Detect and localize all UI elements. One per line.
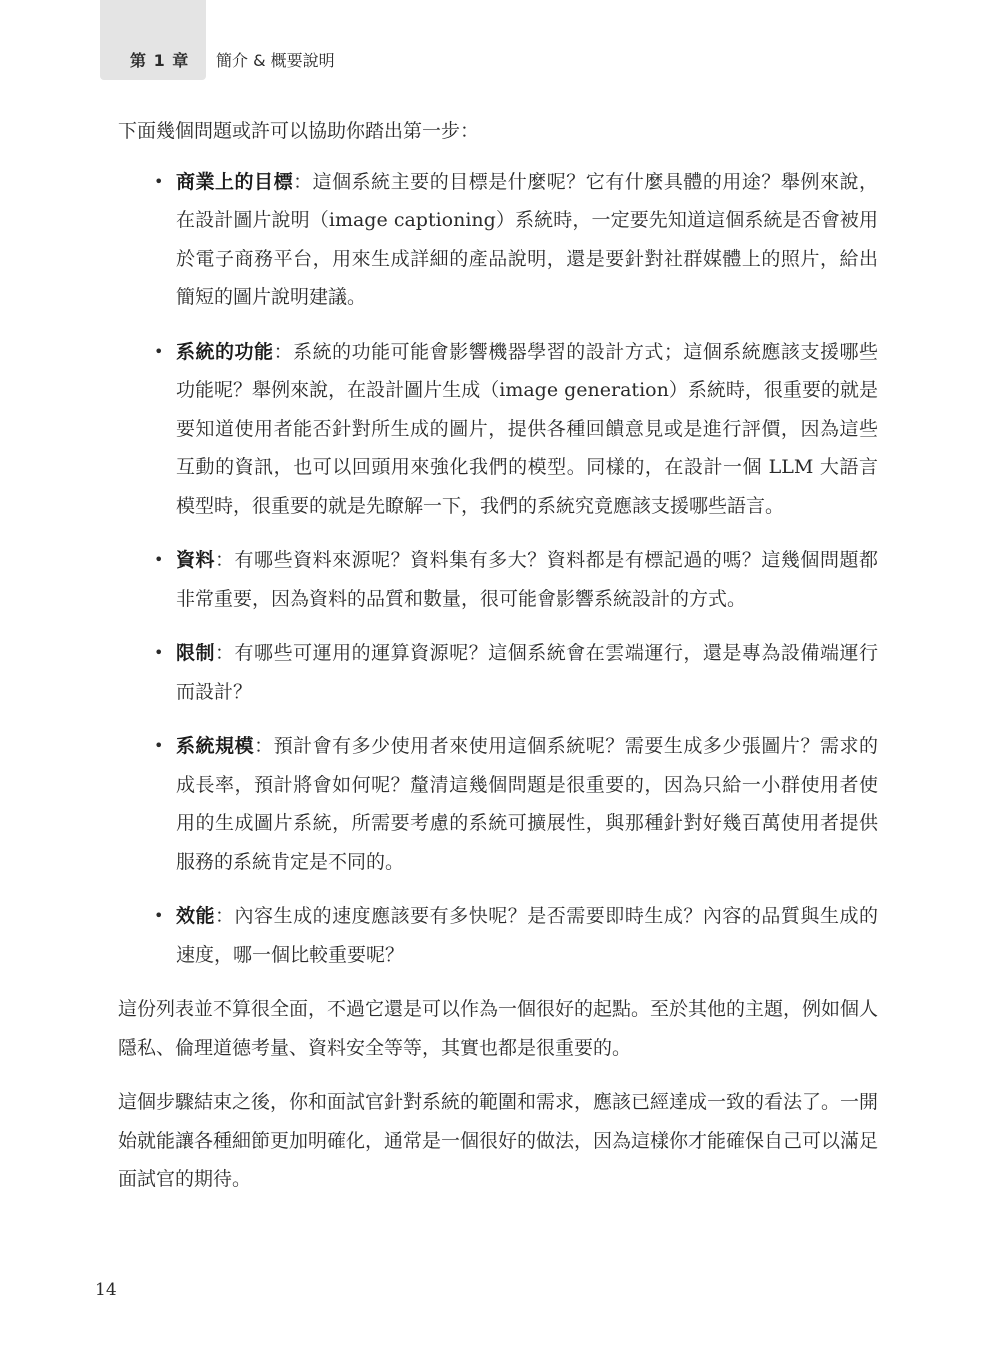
list-item-text: ：有哪些可運用的運算資源呢？這個系統會在雲端運行，還是專為設備端運行而設計？ xyxy=(176,642,878,703)
bullet-icon: • xyxy=(154,333,163,372)
list-item-text: ：預計會有多少使用者來使用這個系統呢？需要生成多少張圖片？需求的成長率，預計將會… xyxy=(176,735,878,873)
list-item-term: 限制 xyxy=(176,642,215,664)
body-paragraph: 這個步驟結束之後，你和面試官針對系統的範圍和需求，應該已經達成一致的看法了。一開… xyxy=(118,1083,878,1199)
list-item-text: ：有哪些資料來源呢？資料集有多大？資料都是有標記過的嗎？這幾個問題都非常重要，因… xyxy=(176,549,878,610)
chapter-label: 第 1 章 xyxy=(130,48,189,71)
list-item-text: ：系統的功能可能會影響機器學習的設計方式；這個系統應該支援哪些功能呢？舉例來說，… xyxy=(176,341,878,517)
page-number: 14 xyxy=(95,1280,117,1300)
page-body: 下面幾個問題或許可以協助你踏出第一步： • 商業上的目標：這個系統主要的目標是什… xyxy=(118,112,878,1215)
list-item-performance: • 效能：內容生成的速度應該要有多快呢？是否需要即時生成？內容的品質與生成的速度… xyxy=(118,897,878,974)
list-item-system-features: • 系統的功能：系統的功能可能會影響機器學習的設計方式；這個系統應該支援哪些功能… xyxy=(118,333,878,526)
list-item-term: 資料 xyxy=(176,549,215,571)
list-item-term: 系統的功能 xyxy=(176,341,274,363)
list-item-constraints: • 限制：有哪些可運用的運算資源呢？這個系統會在雲端運行，還是專為設備端運行而設… xyxy=(118,634,878,711)
list-item-data: • 資料：有哪些資料來源呢？資料集有多大？資料都是有標記過的嗎？這幾個問題都非常… xyxy=(118,541,878,618)
bullet-icon: • xyxy=(154,897,163,936)
body-paragraph: 這份列表並不算很全面，不過它還是可以作為一個很好的起點。至於其他的主題，例如個人… xyxy=(118,990,878,1067)
list-item-term: 系統規模 xyxy=(176,735,254,757)
bullet-icon: • xyxy=(154,163,163,202)
bullet-icon: • xyxy=(154,541,163,580)
list-item-business-goal: • 商業上的目標：這個系統主要的目標是什麼呢？它有什麼具體的用途？舉例來說，在設… xyxy=(118,163,878,317)
intro-paragraph: 下面幾個問題或許可以協助你踏出第一步： xyxy=(118,112,878,151)
list-item-text: ：內容生成的速度應該要有多快呢？是否需要即時生成？內容的品質與生成的速度，哪一個… xyxy=(176,905,878,966)
question-list: • 商業上的目標：這個系統主要的目標是什麼呢？它有什麼具體的用途？舉例來說，在設… xyxy=(118,163,878,975)
chapter-title: 簡介 & 概要說明 xyxy=(216,48,335,71)
list-item-scale: • 系統規模：預計會有多少使用者來使用這個系統呢？需要生成多少張圖片？需求的成長… xyxy=(118,727,878,881)
list-item-term: 商業上的目標 xyxy=(176,171,293,193)
bullet-icon: • xyxy=(154,634,163,673)
list-item-term: 效能 xyxy=(176,905,215,927)
bullet-icon: • xyxy=(154,727,163,766)
